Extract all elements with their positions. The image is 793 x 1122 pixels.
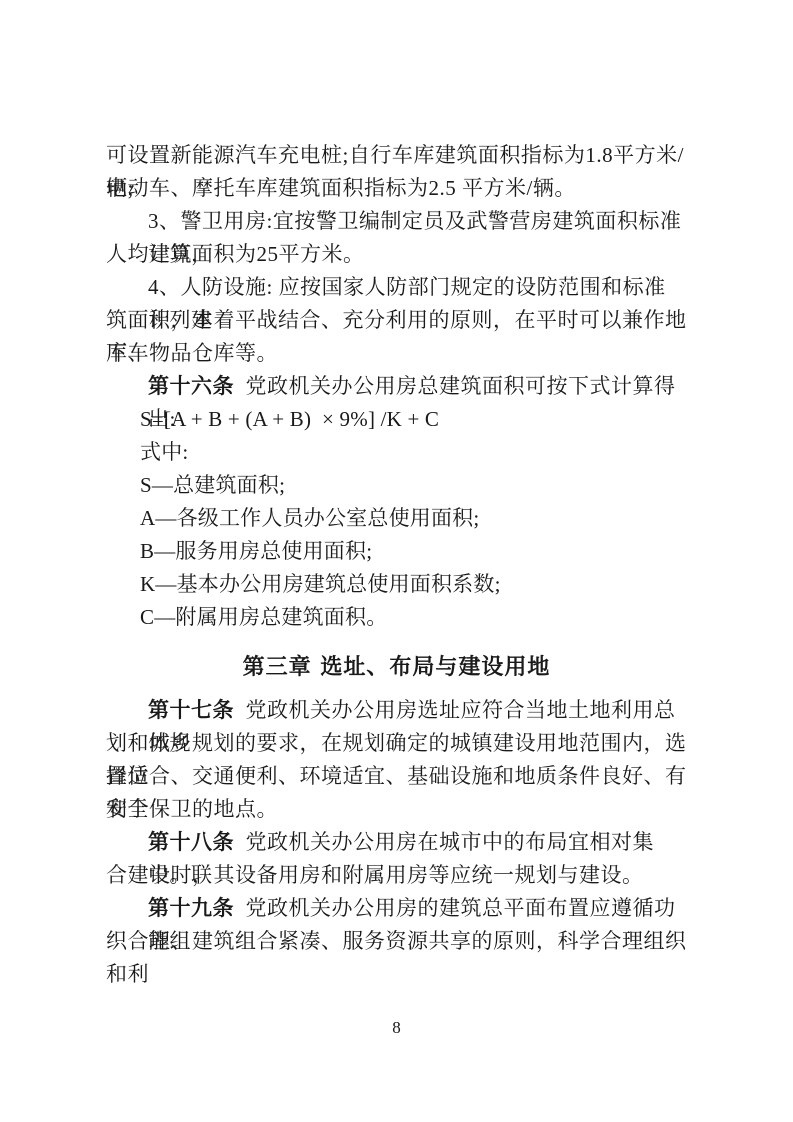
document-page: 可设置新能源汽车充电桩;自行车库建筑面积指标为1.8平方米/辆; 电动车、摩托车…	[0, 0, 793, 1122]
article-label: 第十九条	[148, 896, 234, 920]
line-text: 电动车、摩托车库建筑面积指标为2.5 平方米/辆。	[106, 176, 576, 200]
chapter-heading: 第三章 选址、布局与建设用地	[106, 648, 687, 688]
text-line: 第十九条 党政机关办公用房的建筑总平面布置应遵循功能组	[106, 892, 687, 925]
line-text: A—各级工作人员办公室总使用面积;	[140, 506, 479, 530]
line-text: K—基本办公用房建筑总使用面积系数;	[140, 572, 501, 596]
text-line: 人均建筑面积为25平方米。	[106, 238, 687, 271]
text-line: 安全保卫的地点。	[106, 793, 687, 826]
text-line: 织合理、建筑组合紧凑、服务资源共享的原则，科学合理组织和利	[106, 925, 687, 958]
formula-line: K—基本办公用房建筑总使用面积系数;	[106, 568, 687, 601]
text-line: 第十六条 党政机关办公用房总建筑面积可按下式计算得出:	[106, 370, 687, 403]
line-text: S—总建筑面积;	[140, 473, 285, 497]
text-line: 3、警卫用房:宜按警卫编制定员及武警营房建筑面积标准计算，	[106, 205, 687, 238]
line-text: B—服务用房总使用面积;	[140, 539, 372, 563]
formula-line: 式中:	[106, 436, 687, 469]
document-content: 可设置新能源汽车充电桩;自行车库建筑面积指标为1.8平方米/辆; 电动车、摩托车…	[106, 139, 687, 958]
article-label: 第十八条	[148, 830, 234, 854]
text-line: 置适合、交通便利、环境适宜、基础设施和地质条件良好、有利于	[106, 760, 687, 793]
formula-line: B—服务用房总使用面积;	[106, 535, 687, 568]
text-line: 合建设时，其设备用房和附属用房等应统一规划与建设。	[106, 859, 687, 892]
text-line: 划和城乡规划的要求，在规划确定的城镇建设用地范围内，选择位	[106, 727, 687, 760]
line-text: C—附属用房总建筑面积。	[140, 605, 387, 629]
text-line: 库、物品仓库等。	[106, 337, 687, 370]
line-text: 人均建筑面积为25平方米。	[106, 242, 365, 266]
text-line: 第十八条 党政机关办公用房在城市中的布局宜相对集中。联	[106, 826, 687, 859]
line-text: 织合理、建筑组合紧凑、服务资源共享的原则，科学合理组织和利	[106, 929, 687, 986]
line-text: 合建设时，其设备用房和附属用房等应统一规划与建设。	[106, 863, 644, 887]
line-text: S=[A + B + (A + B) × 9%] /K + C	[140, 407, 439, 431]
line-text: 库、物品仓库等。	[106, 341, 278, 365]
text-line: 第十七条 党政机关办公用房选址应符合当地土地利用总体规	[106, 694, 687, 727]
text-line: 筑面积，本着平战结合、充分利用的原则，在平时可以兼作地下车	[106, 304, 687, 337]
formula-line: A—各级工作人员办公室总使用面积;	[106, 502, 687, 535]
text-line: 电动车、摩托车库建筑面积指标为2.5 平方米/辆。	[106, 172, 687, 205]
formula-line: S=[A + B + (A + B) × 9%] /K + C	[106, 403, 687, 436]
text-line: 可设置新能源汽车充电桩;自行车库建筑面积指标为1.8平方米/辆;	[106, 139, 687, 172]
formula-line: S—总建筑面积;	[106, 469, 687, 502]
text-line: 4、人防设施: 应按国家人防部门规定的设防范围和标准计列建	[106, 271, 687, 304]
formula-line: C—附属用房总建筑面积。	[106, 601, 687, 634]
article-label: 第十六条	[148, 374, 234, 398]
line-text: 式中:	[140, 440, 188, 464]
line-text: 安全保卫的地点。	[106, 797, 278, 821]
page-number: 8	[0, 1015, 793, 1041]
article-label: 第十七条	[148, 698, 234, 722]
